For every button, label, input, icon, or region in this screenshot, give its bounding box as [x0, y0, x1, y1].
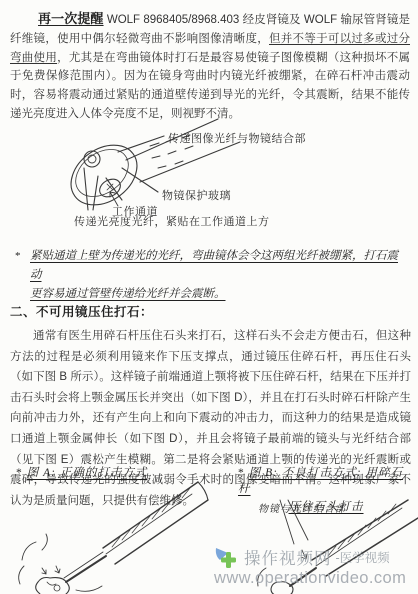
label-objective-glass: 物镜保护玻璃	[162, 187, 231, 203]
endoscope-tip-diagram: 传递图像光纤与物镜结合部 物镜保护玻璃 工作通道 传递光亮度光纤，紧贴在工作通道…	[0, 118, 418, 250]
figure-b-caption-line1: 图 B: 不良打击方式: 用碎石杆	[238, 467, 403, 495]
watermark: 操作视频网 -医学视频 www.operationvideo.com	[214, 544, 418, 588]
section-heading: 二、不可用镜压住打石：	[10, 302, 153, 320]
watermark-site-name: 操作视频网	[244, 545, 332, 569]
intro-paragraph: 再一次提醒 WOLF 8968405/8968.403 经皮肾镜及 WOLF 输…	[10, 10, 410, 124]
figure-a-asterisk: *	[16, 467, 22, 479]
figure-a-caption-text: 图 A: 正确的打击方式	[27, 467, 148, 479]
footnote-line-1: 紧贴通道上壁为传递光的光纤，弯曲镜体会令这两组光纤被绷紧，打石震动	[30, 247, 408, 285]
figure-b-tip-label: 物镜与光纤结合部	[258, 500, 346, 515]
watermark-site-suffix: -医学视频	[336, 548, 390, 566]
footnote-asterisk: *	[15, 247, 21, 266]
footnote: * 紧贴通道上壁为传递光的光纤，弯曲镜体会令这两组光纤被绷紧，打石震动 更容易通…	[16, 247, 408, 304]
scanned-document-page: { "colors": { "ink": "#2e2e2e", "waterma…	[0, 0, 418, 594]
intro-text-2: ，尤其是在弯曲镜体时打石是最容易使镜子图像模糊（这种损坏不属于免费保修范围内）。…	[10, 52, 410, 120]
figure-a-caption: *图 A: 正确的打击方式	[16, 464, 147, 480]
watermark-url: www.operationvideo.com	[214, 569, 418, 588]
label-light-fiber: 传递光亮度光纤，紧贴在工作通道上方	[74, 213, 270, 229]
figure-b-asterisk: *	[238, 467, 244, 479]
intro-lead: 再一次提醒	[38, 11, 104, 26]
operationvideo-logo-icon	[214, 544, 240, 570]
label-image-fiber-joint: 传递图像光纤与物镜结合部	[168, 130, 306, 146]
